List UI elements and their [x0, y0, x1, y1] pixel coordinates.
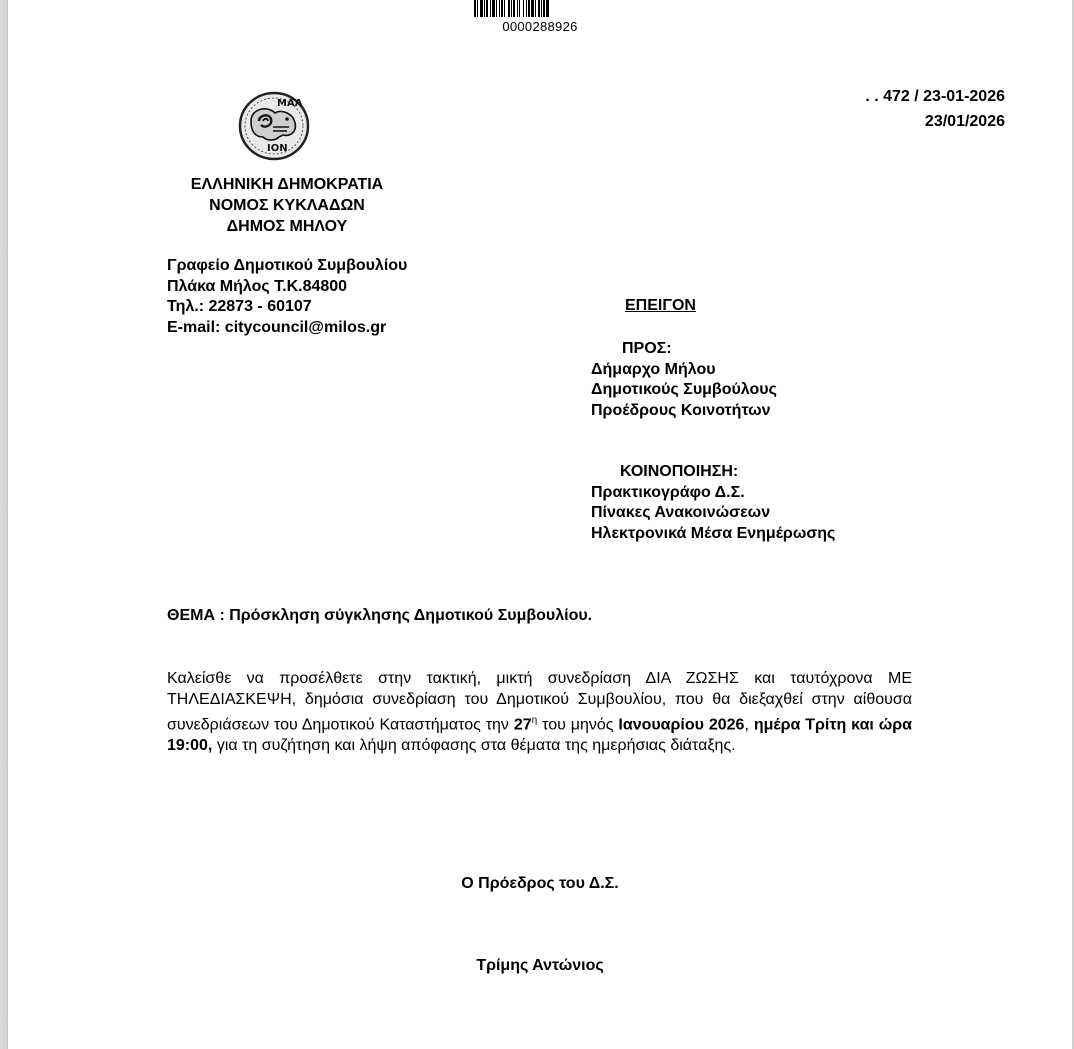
recipient-item: Δήμαρχο Μήλου [591, 360, 777, 381]
reference-block: . . 472 / 23-01-2026 23/01/2026 [865, 84, 1005, 134]
protocol-number: . . 472 / 23-01-2026 [865, 84, 1005, 109]
recipient-item: Δημοτικούς Συμβούλους [591, 380, 777, 401]
cc-item: Ηλεκτρονικά Μέσα Ενημέρωσης [591, 524, 835, 545]
cc-item: Πρακτικογράφο Δ.Σ. [591, 483, 835, 504]
meeting-day: 27 [514, 716, 532, 733]
cc-item: Πίνακες Ανακοινώσεων [591, 503, 835, 524]
issuing-authority: ΕΛΛΗΝΙΚΗ ΔΗΜΟΚΡΑΤΙΑ ΝΟΜΟΣ ΚΥΚΛΑΔΩΝ ΔΗΜΟΣ… [170, 174, 404, 237]
office-contact: Γραφείο Δημοτικού Συμβουλίου Πλάκα Μήλος… [167, 256, 407, 338]
body-text-part: , [744, 716, 753, 733]
office-name: Γραφείο Δημοτικού Συμβουλίου [167, 256, 407, 277]
urgency-label: ΕΠΕΙΓΟΝ [625, 297, 696, 315]
signature-name: Τρίμης Αντώνιος [390, 957, 690, 975]
recipients-label: ΠΡΟΣ: [591, 339, 777, 360]
svg-text:ΜΑΛ: ΜΑΛ [277, 98, 303, 109]
recipients-block: ΠΡΟΣ: Δήμαρχο Μήλου Δημοτικούς Συμβούλου… [591, 339, 777, 421]
authority-line: ΕΛΛΗΝΙΚΗ ΔΗΜΟΚΡΑΤΙΑ [170, 174, 404, 195]
cc-block: ΚΟΙΝΟΠΟΙΗΣΗ: Πρακτικογράφο Δ.Σ. Πίνακες … [591, 462, 835, 544]
office-address: Πλάκα Μήλος Τ.Κ.84800 [167, 277, 407, 298]
signature-title: Ο Πρόεδρος του Δ.Σ. [390, 875, 690, 893]
svg-text:ΙΟΝ: ΙΟΝ [267, 143, 288, 154]
barcode-number: 0000288926 [480, 19, 600, 34]
recipient-item: Προέδρους Κοινοτήτων [591, 401, 777, 422]
document-date: 23/01/2026 [865, 109, 1005, 134]
meeting-month-year: Ιανουαρίου 2026 [618, 716, 744, 733]
subject-line: ΘΕΜΑ : Πρόσκληση σύγκλησης Δημοτικού Συμ… [167, 607, 592, 625]
invitation-body: Καλείσθε να προσέλθετε στην τακτική, μικ… [167, 668, 912, 756]
authority-line: ΔΗΜΟΣ ΜΗΛΟΥ [170, 216, 404, 237]
office-email: E-mail: citycouncil@milos.gr [167, 318, 407, 339]
authority-line: ΝΟΜΟΣ ΚΥΚΛΑΔΩΝ [170, 195, 404, 216]
office-phone: Τηλ.: 22873 - 60107 [167, 297, 407, 318]
ancient-coin-ram-emblem-icon: ΜΑΛ ΙΟΝ [237, 91, 311, 161]
viewer-left-edge [0, 0, 8, 1049]
body-text-part: για τη συζήτηση και λήψη απόφασης στα θέ… [212, 737, 735, 754]
barcode [474, 0, 606, 17]
body-text-part: του μηνός [537, 716, 618, 733]
cc-label: ΚΟΙΝΟΠΟΙΗΣΗ: [591, 462, 835, 483]
